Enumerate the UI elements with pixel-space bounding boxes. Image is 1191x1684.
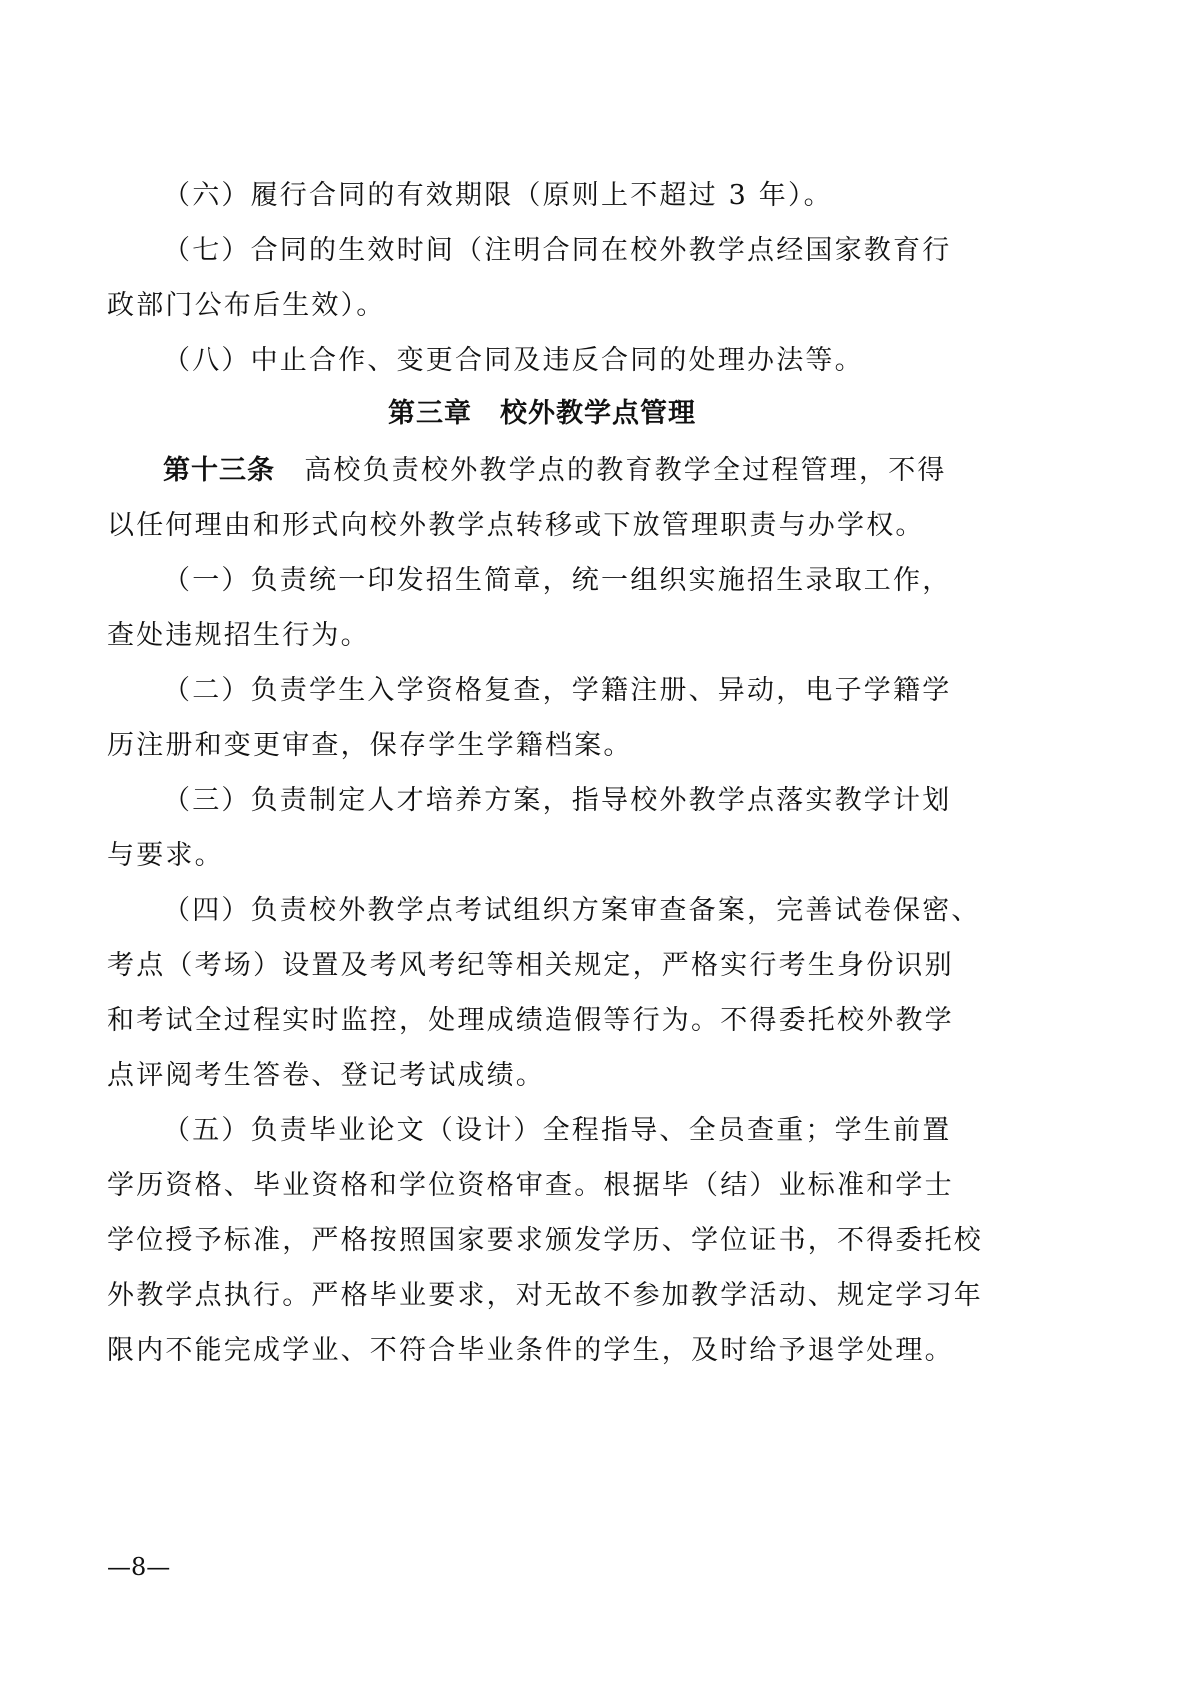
paragraph-line: （二）负责学生入学资格复查，学籍注册、异动，电子学籍学 bbox=[107, 663, 977, 718]
paragraph-line: （八）中止合作、变更合同及违反合同的处理办法等。 bbox=[107, 333, 977, 388]
page-number: —8— bbox=[107, 1552, 170, 1582]
paragraph-line: 查处违规招生行为。 bbox=[107, 608, 977, 663]
paragraph-line: 外教学点执行。严格毕业要求，对无故不参加教学活动、规定学习年 bbox=[107, 1268, 977, 1323]
paragraph-line: （三）负责制定人才培养方案，指导校外教学点落实教学计划 bbox=[107, 773, 977, 828]
article-label: 第十三条 bbox=[163, 455, 275, 486]
paragraph-line: 政部门公布后生效）。 bbox=[107, 278, 977, 333]
article-first-line: 第十三条 高校负责校外教学点的教育教学全过程管理，不得 bbox=[107, 443, 977, 498]
paragraph-line: 与要求。 bbox=[107, 828, 977, 883]
chapter-heading: 第三章 校外教学点管理 bbox=[107, 388, 977, 443]
paragraph-line: （五）负责毕业论文（设计）全程指导、全员查重；学生前置 bbox=[107, 1103, 977, 1158]
paragraph-line: 和考试全过程实时监控，处理成绩造假等行为。不得委托校外教学 bbox=[107, 993, 977, 1048]
paragraph-line: 限内不能完成学业、不符合毕业条件的学生，及时给予退学处理。 bbox=[107, 1323, 977, 1378]
paragraph-line: （四）负责校外教学点考试组织方案审查备案，完善试卷保密、 bbox=[107, 883, 977, 938]
paragraph-line: 以任何理由和形式向校外教学点转移或下放管理职责与办学权。 bbox=[107, 498, 977, 553]
paragraph-line: 点评阅考生答卷、登记考试成绩。 bbox=[107, 1048, 977, 1103]
article-text: 高校负责校外教学点的教育教学全过程管理，不得 bbox=[275, 455, 947, 486]
paragraph-line: （七）合同的生效时间（注明合同在校外教学点经国家教育行 bbox=[107, 223, 977, 278]
paragraph-line: （六）履行合同的有效期限（原则上不超过 3 年）。 bbox=[107, 168, 977, 223]
paragraph-line: （一）负责统一印发招生简章，统一组织实施招生录取工作， bbox=[107, 553, 977, 608]
paragraph-line: 历注册和变更审查，保存学生学籍档案。 bbox=[107, 718, 977, 773]
document-page: （六）履行合同的有效期限（原则上不超过 3 年）。 （七）合同的生效时间（注明合… bbox=[107, 168, 977, 1378]
paragraph-line: 学位授予标准，严格按照国家要求颁发学历、学位证书，不得委托校 bbox=[107, 1213, 977, 1268]
paragraph-line: 考点（考场）设置及考风考纪等相关规定，严格实行考生身份识别 bbox=[107, 938, 977, 993]
paragraph-line: 学历资格、毕业资格和学位资格审查。根据毕（结）业标准和学士 bbox=[107, 1158, 977, 1213]
